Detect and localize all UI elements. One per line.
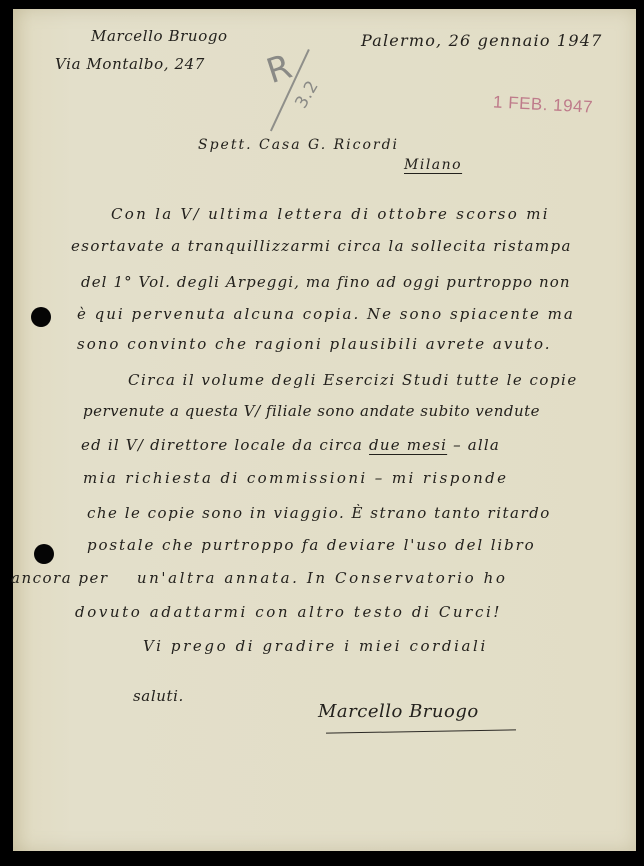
sender-address: Via Montalbo, 247: [55, 55, 205, 73]
closing-line: Vi prego di gradire i miei cordiali: [143, 637, 488, 655]
underlined-phrase: due mesi: [369, 436, 447, 454]
body-line: che le copie sono in viaggio. È strano t…: [87, 504, 551, 522]
letter-page: Marcello Bruogo Via Montalbo, 247 Palerm…: [13, 9, 636, 851]
body-line-text: – alla: [453, 436, 500, 454]
recipient-city: Milano: [404, 157, 462, 173]
body-line-text: ancora per: [11, 569, 109, 587]
body-line: del 1° Vol. degli Arpeggi, ma fino ad og…: [81, 273, 571, 291]
body-line: postale che purtroppo fa deviare l'uso d…: [87, 536, 536, 554]
body-line: mia richiesta di commissioni – mi rispon…: [83, 469, 508, 487]
sender-name: Marcello Bruogo: [91, 27, 228, 45]
punch-hole-top: [31, 307, 51, 327]
body-line-text: un'altra annata. In Conservatorio ho: [137, 569, 508, 587]
body-line-text: ed il V/ direttore locale da circa: [81, 436, 363, 454]
place-date: Palermo, 26 gennaio 1947: [361, 31, 602, 50]
body-line: Con la V/ ultima lettera di ottobre scor…: [111, 205, 550, 223]
body-line: ed il V/ direttore locale da circa due m…: [81, 436, 500, 454]
signature-underline: [326, 729, 516, 733]
closing-salutation: saluti.: [133, 687, 184, 705]
body-line: esortavate a tranquillizzarmi circa la s…: [71, 237, 572, 255]
body-line: ancora per un'altra annata. In Conservat…: [11, 569, 507, 587]
body-line: sono convinto che ragioni plausibili avr…: [77, 335, 552, 353]
signature: Marcello Bruogo: [318, 701, 479, 722]
body-line: Circa il volume degli Esercizi Studi tut…: [128, 371, 578, 389]
recipient-line: Spett. Casa G. Ricordi: [198, 137, 399, 153]
body-line: è qui pervenuta alcuna copia. Ne sono sp…: [77, 305, 575, 323]
body-line: pervenute a questa V/ filiale sono andat…: [83, 402, 540, 420]
body-line: dovuto adattarmi con altro testo di Curc…: [75, 603, 502, 621]
punch-hole-bottom: [34, 544, 54, 564]
received-date-stamp: 1 FEB. 1947: [493, 92, 594, 117]
